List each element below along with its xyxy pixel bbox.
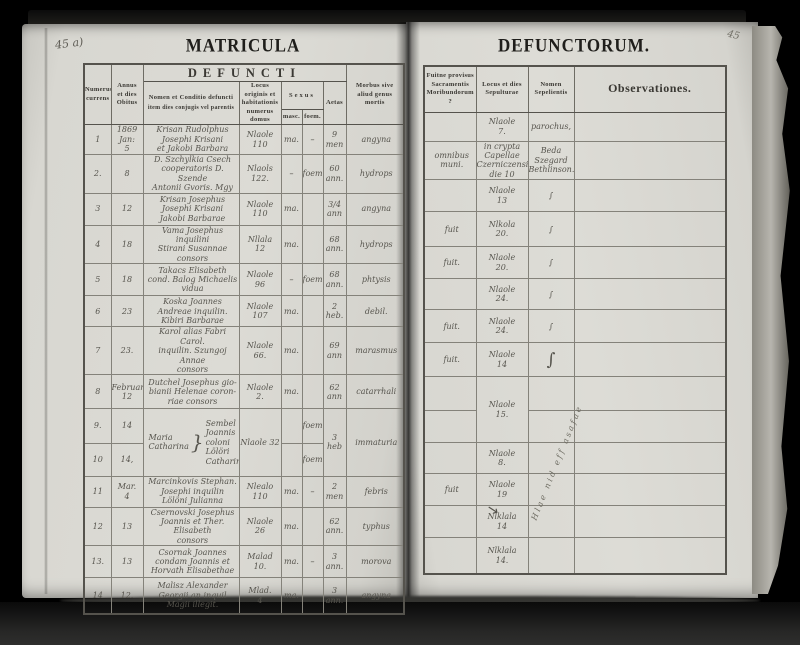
table-row: 13. 13 Csornak Joannes condam Joannis et… <box>84 546 404 578</box>
cell-observationes <box>574 443 726 474</box>
cell-numerus: 6 <box>84 296 111 327</box>
table-row: 2. 8 D. Szchylkia Csech cooperatoris D. … <box>84 154 404 193</box>
col-header-numerus: Numerus currens <box>84 64 111 125</box>
col-header-sepultura: Locus et dies Sepulturae <box>476 66 528 112</box>
cell-obitus-date: 12 <box>111 193 143 225</box>
col-header-aetas: Aetas <box>323 82 346 125</box>
cell-sexus-foem: foem <box>302 264 323 296</box>
cell-provisus: omnibus muni. <box>424 141 476 180</box>
cell-provisus <box>424 538 476 574</box>
cell-aetas: 2 heb. <box>323 296 346 327</box>
cell-name: Krisan Rudolphus Josephi Krisani et Jako… <box>143 125 239 154</box>
cell-numerus: 2. <box>84 154 111 193</box>
sepultura-table: Fuitne provisus Sacramentis Moribundorum… <box>423 65 727 575</box>
group-header-defuncti: DEFUNCTI <box>143 64 346 82</box>
cell-locus: Nlaole 96 <box>239 264 281 296</box>
cell-sepeliens-flourish: ∫ <box>528 343 574 377</box>
cell-sexus-foem: foem <box>302 443 323 476</box>
cell-sepultura: Nlkola 20. <box>476 212 528 247</box>
table-row: 12 13 Csernovski Josephus Joannis et The… <box>84 507 404 546</box>
cell-sepeliens <box>528 538 574 574</box>
cell-obitus-date: 18 <box>111 225 143 264</box>
cell-sepultura: in crypta Capellae Czerniczensis die 10 <box>476 141 528 180</box>
table-row: 7 23. Karol alias Fabri Carol. inquilin.… <box>84 327 404 375</box>
cell-name: Krisan Josephus Josephi Krisani Jakobi B… <box>143 193 239 225</box>
cell-provisus <box>424 180 476 212</box>
cell-sepeliens <box>528 377 574 411</box>
table-row: 5 18 Takacs Elisabeth cond. Balog Michae… <box>84 264 404 296</box>
cell-provisus <box>424 506 476 538</box>
cell-numerus: 10 <box>84 443 111 476</box>
table-row: Nlaole 7. parochus, <box>424 112 726 141</box>
table-row: 9. 14 Maria Catharina } Sembel Joannis c… <box>84 409 404 444</box>
cell-observationes <box>574 247 726 279</box>
cell-name: Takacs Elisabeth cond. Balog Michaelis v… <box>143 264 239 296</box>
page-title-matricula: MATRICULA <box>83 35 403 57</box>
cell-obitus-date: 8 <box>111 154 143 193</box>
cell-name: Marcinkovis Stephan. Josephi inquilin Lö… <box>143 476 239 507</box>
table-row: 6 23 Koska Joannes Andreae inquilin. Kib… <box>84 296 404 327</box>
cell-sexus-foem: – <box>302 125 323 154</box>
cell-observationes <box>574 141 726 180</box>
cell-sepultura: Nlaole 8. <box>476 443 528 474</box>
defuncti-table: Numerus currens Annus et dies Obitus DEF… <box>83 63 405 615</box>
cell-observationes <box>574 112 726 141</box>
cell-sexus-foem: – <box>302 476 323 507</box>
cell-provisus: fuit <box>424 212 476 247</box>
table-row: omnibus muni. in crypta Capellae Czernic… <box>424 141 726 180</box>
cell-sepultura: Nlaole 13 <box>476 180 528 212</box>
cell-numerus: 13. <box>84 546 111 578</box>
cell-sexus-foem <box>302 225 323 264</box>
cell-morbus: angyna <box>346 125 404 154</box>
cell-locus: Malad 10. <box>239 546 281 578</box>
cell-locus: Nlaole 66. <box>239 327 281 375</box>
cell-observationes <box>574 310 726 343</box>
cell-sexus-masc: ma. <box>281 578 302 614</box>
table-row: Nlklala 14 <box>424 506 726 538</box>
cell-sepultura: Nlklala 14 <box>476 506 528 538</box>
cell-obitus-date: 23 <box>111 296 143 327</box>
cell-provisus <box>424 443 476 474</box>
cell-sepultura: Nlklala 14. <box>476 538 528 574</box>
cell-obitus-date: 1869 Jan: 5 <box>111 125 143 154</box>
cell-sexus-masc: – <box>281 264 302 296</box>
col-header-nomen: Nomen et Conditio defunctiitem dies conj… <box>143 82 239 125</box>
cell-observationes <box>574 377 726 411</box>
page-stack-edge <box>752 26 794 594</box>
cell-observationes <box>574 538 726 574</box>
cell-name: Vama Josephus inquilini Stirani Susannae… <box>143 225 239 264</box>
table-row: Nlaole 24. ∫ <box>424 279 726 310</box>
cell-morbus: immaturia <box>346 409 404 476</box>
cell-morbus: angyna <box>346 578 404 614</box>
table-row: fuit. Nlaole 20. ∫ <box>424 247 726 279</box>
cell-sexus-masc: ma. <box>281 507 302 546</box>
table-row: fuit Nlaole 19 <box>424 474 726 506</box>
cell-sepeliens-ditto: ∫ <box>528 279 574 310</box>
twin-names: Maria Catharina } Sembel Joannis coloni … <box>147 419 239 466</box>
table-row: 3 12 Krisan Josephus Josephi Krisani Jak… <box>84 193 404 225</box>
col-header-sepeliens: Nomen Sepelientis <box>528 66 574 112</box>
table-header-row: Fuitne provisus Sacramentis Moribundorum… <box>424 66 726 112</box>
cell-sepultura: Nlaole 24. <box>476 279 528 310</box>
cell-morbus: catarrhali <box>346 375 404 409</box>
cell-aetas: 62 ann <box>323 375 346 409</box>
cell-sexus-foem: – <box>302 546 323 578</box>
cell-morbus: marasmus <box>346 327 404 375</box>
cell-locus: Nlaole 110 <box>239 193 281 225</box>
table-row: 11 Mar. 4 Marcinkovis Stephan. Josephi i… <box>84 476 404 507</box>
cell-sepeliens-ditto: ∫ <box>528 247 574 279</box>
col-header-nomen-line1: Nomen et Conditio defuncti <box>149 94 234 101</box>
cell-observationes <box>574 180 726 212</box>
cell-sexus-foem <box>302 193 323 225</box>
table-row: fuit Nlkola 20. ∫ <box>424 212 726 247</box>
cell-numerus: 9. <box>84 409 111 444</box>
cell-sexus-foem <box>302 296 323 327</box>
twin-family-names: Sembel Joannis coloni Lölöri Catharina <box>206 419 239 466</box>
cell-aetas: 3 ann. <box>323 546 346 578</box>
cell-locus: Nlaole 32 <box>239 409 281 476</box>
cell-locus: Nllala 12 <box>239 225 281 264</box>
cell-aetas: 68 ann. <box>323 225 346 264</box>
brace-glyph: } <box>191 431 204 455</box>
cell-aetas: 9 men <box>323 125 346 154</box>
cell-sexus-foem <box>302 327 323 375</box>
cell-locus: Nlaole 107 <box>239 296 281 327</box>
cell-numerus: 4 <box>84 225 111 264</box>
cell-obitus-date: 23. <box>111 327 143 375</box>
cell-numerus: 7 <box>84 327 111 375</box>
cell-sexus-masc: ma. <box>281 125 302 154</box>
cell-sepeliens-ditto: ∫ <box>528 212 574 247</box>
cell-obitus-date: Mar. 4 <box>111 476 143 507</box>
cell-sexus-masc: ma. <box>281 476 302 507</box>
cell-sexus-foem <box>302 507 323 546</box>
cell-name: Csernovski Josephus Joannis et Ther. Eli… <box>143 507 239 546</box>
table-row: fuit. Nlaole 24. ∫ <box>424 310 726 343</box>
col-header-masc: masc. <box>281 110 302 125</box>
cell-sepeliens-ditto: ∫ <box>528 310 574 343</box>
cell-sepeliens: Beda Szegard Bethlinson. <box>528 141 574 180</box>
cell-numerus: 5 <box>84 264 111 296</box>
cell-sexus-foem: foem <box>302 154 323 193</box>
cell-locus: Nlaole 110 <box>239 125 281 154</box>
register-scan: MATRICULA DEFUNCTORUM. 45 a) 45 Numerus … <box>0 0 800 645</box>
cell-sepeliens-ditto: ∫ <box>528 180 574 212</box>
cell-morbus: angyna <box>346 193 404 225</box>
cell-morbus: hydrops <box>346 225 404 264</box>
cell-sexus-masc <box>281 409 302 444</box>
cell-obitus-date: Februar 12 <box>111 375 143 409</box>
cell-numerus: 14 <box>84 578 111 614</box>
cell-numerus: 11 <box>84 476 111 507</box>
cell-sepultura: Nlaole 15. <box>476 377 528 443</box>
cell-observationes <box>574 474 726 506</box>
cell-aetas: 69 ann <box>323 327 346 375</box>
cell-name: Karol alias Fabri Carol. inquilin. Szung… <box>143 327 239 375</box>
cell-sexus-masc: – <box>281 154 302 193</box>
table-row: 4 18 Vama Josephus inquilini Stirani Sus… <box>84 225 404 264</box>
cell-sepeliens: parochus, <box>528 112 574 141</box>
col-header-observationes: Observationes. <box>574 66 726 112</box>
cell-sexus-masc: ma. <box>281 546 302 578</box>
cell-sexus-masc: ma. <box>281 327 302 375</box>
cell-sepultura: Nlaole 24. <box>476 310 528 343</box>
left-page-crease <box>44 28 48 594</box>
cell-locus: Nlaols 122. <box>239 154 281 193</box>
cell-numerus: 1 <box>84 125 111 154</box>
cell-aetas: 3/4 ann <box>323 193 346 225</box>
col-header-foem: foem. <box>302 110 323 125</box>
cell-sepultura: Nlaole 14 <box>476 343 528 377</box>
cell-sepultura: Nlaole 7. <box>476 112 528 141</box>
cell-aetas: 62 ann. <box>323 507 346 546</box>
cell-sepultura: Nlaole 20. <box>476 247 528 279</box>
col-header-morbus: Morbus sive aliud genus mortis <box>346 64 404 125</box>
cell-morbus: febris <box>346 476 404 507</box>
cell-aetas: 68 ann. <box>323 264 346 296</box>
col-header-sexus: Sexus <box>281 82 323 110</box>
cell-sexus-masc: ma. <box>281 225 302 264</box>
cell-sexus-masc: ma. <box>281 375 302 409</box>
cell-aetas: 60 ann. <box>323 154 346 193</box>
cell-name-twins: Maria Catharina } Sembel Joannis coloni … <box>143 409 239 476</box>
cell-aetas: 2 men <box>323 476 346 507</box>
cell-numerus: 8 <box>84 375 111 409</box>
col-header-annus: Annus et dies Obitus <box>111 64 143 125</box>
cell-name: Koska Joannes Andreae inquilin. Kibiri B… <box>143 296 239 327</box>
cell-morbus: morova <box>346 546 404 578</box>
cell-morbus: phtysis <box>346 264 404 296</box>
cell-observationes <box>574 411 726 443</box>
cell-morbus: typhus <box>346 507 404 546</box>
cell-observationes <box>574 212 726 247</box>
cell-sepultura: Nlaole 19 <box>476 474 528 506</box>
cell-sexus-foem <box>302 578 323 614</box>
table-row: Nlaole 13 ∫ <box>424 180 726 212</box>
table-row: Nlklala 14. <box>424 538 726 574</box>
cell-morbus: debil. <box>346 296 404 327</box>
cell-name: Csornak Joannes condam Joannis et Horvat… <box>143 546 239 578</box>
cell-provisus <box>424 377 476 411</box>
cell-observationes <box>574 506 726 538</box>
cell-locus: Mlad. 4 <box>239 578 281 614</box>
cell-provisus <box>424 279 476 310</box>
cell-numerus: 3 <box>84 193 111 225</box>
cell-name: Malisz Alexander Georgii an inquil Magii… <box>143 578 239 614</box>
table-row: 8 Februar 12 Dutchel Josephus gio- biani… <box>84 375 404 409</box>
col-header-nomen-line2: item dies conjugis vel parentis <box>144 105 239 113</box>
table-row: 14 12. Malisz Alexander Georgii an inqui… <box>84 578 404 614</box>
cell-numerus: 12 <box>84 507 111 546</box>
table-header-row: Numerus currens Annus et dies Obitus DEF… <box>84 64 404 82</box>
cell-obitus-date: 13 <box>111 507 143 546</box>
cell-obitus-date: 13 <box>111 546 143 578</box>
cell-aetas: 3 ann. <box>323 578 346 614</box>
page-title-defunctorum: DEFUNCTORUM. <box>423 35 725 57</box>
cell-provisus <box>424 112 476 141</box>
table-row: Nlaole 8. <box>424 443 726 474</box>
cell-locus: Nlealo 110 <box>239 476 281 507</box>
cell-provisus: fuit. <box>424 343 476 377</box>
cell-obitus-date: 18 <box>111 264 143 296</box>
table-row: 1 1869 Jan: 5 Krisan Rudolphus Josephi K… <box>84 125 404 154</box>
cell-locus: Nlaole 26 <box>239 507 281 546</box>
cell-obitus-date: 14 <box>111 409 143 444</box>
cell-sexus-masc: ma. <box>281 193 302 225</box>
cell-provisus: fuit <box>424 474 476 506</box>
col-header-locus: Locus originis et habitationis numerus d… <box>239 82 281 125</box>
cell-sexus-masc <box>281 443 302 476</box>
col-header-provisus: Fuitne provisus Sacramentis Moribundorum… <box>424 66 476 112</box>
cell-morbus: hydrops <box>346 154 404 193</box>
cell-obitus-date: 14, <box>111 443 143 476</box>
cell-observationes <box>574 343 726 377</box>
cell-provisus: fuit. <box>424 310 476 343</box>
twin-given-names: Maria Catharina <box>149 433 189 452</box>
table-row: fuit. Nlaole 14 ∫ <box>424 343 726 377</box>
cell-name: D. Szchylkia Csech cooperatoris D. Szend… <box>143 154 239 193</box>
cell-aetas: 3 heb <box>323 409 346 476</box>
cell-sexus-foem: foem <box>302 409 323 444</box>
cell-provisus <box>424 411 476 443</box>
cell-locus: Nlaole 2. <box>239 375 281 409</box>
cell-sexus-foem <box>302 375 323 409</box>
cell-sexus-masc: ma. <box>281 296 302 327</box>
cell-observationes <box>574 279 726 310</box>
cell-obitus-date: 12. <box>111 578 143 614</box>
cell-name: Dutchel Josephus gio- bianii Helenae cor… <box>143 375 239 409</box>
cell-provisus: fuit. <box>424 247 476 279</box>
